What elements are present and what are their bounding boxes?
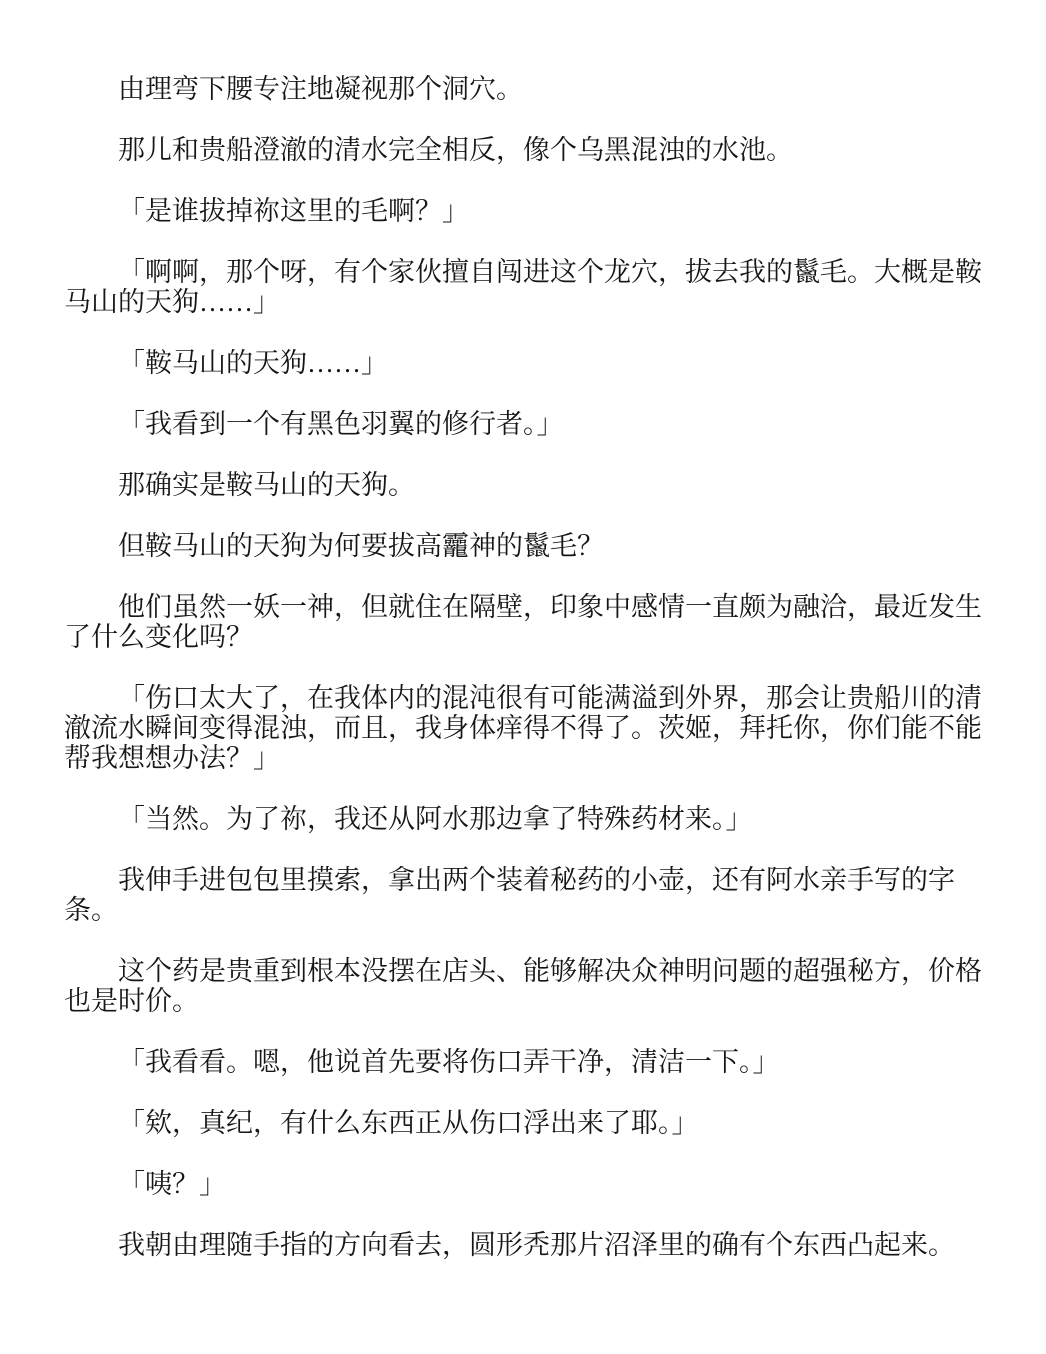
- paragraph: 我朝由理随手指的方向看去，圆形秃那片沼泽里的确有个东西凸起来。: [64, 1230, 990, 1260]
- paragraph: 那儿和贵船澄澈的清水完全相反，像个乌黑混浊的水池。: [64, 135, 990, 165]
- paragraph: 「是谁拔掉祢这里的毛啊？」: [64, 196, 990, 226]
- paragraph: 「我看看。嗯，他说首先要将伤口弄干净，清洁一下。」: [64, 1047, 990, 1077]
- page-text-block: 由理弯下腰专注地凝视那个洞穴。那儿和贵船澄澈的清水完全相反，像个乌黑混浊的水池。…: [64, 74, 990, 1291]
- paragraph: 「咦？」: [64, 1169, 990, 1199]
- paragraph: 由理弯下腰专注地凝视那个洞穴。: [64, 74, 990, 104]
- paragraph: 那确实是鞍马山的天狗。: [64, 470, 990, 500]
- paragraph: 他们虽然一妖一神，但就住在隔壁，印象中感情一直颇为融洽，最近发生了什么变化吗？: [64, 592, 990, 652]
- paragraph: 「我看到一个有黑色羽翼的修行者。」: [64, 409, 990, 439]
- paragraph: 「啊啊，那个呀，有个家伙擅自闯进这个龙穴，拔去我的鬣毛。大概是鞍马山的天狗……」: [64, 257, 990, 317]
- novel-page: 由理弯下腰专注地凝视那个洞穴。那儿和贵船澄澈的清水完全相反，像个乌黑混浊的水池。…: [0, 0, 1046, 1354]
- paragraph: 这个药是贵重到根本没摆在店头、能够解决众神明问题的超强秘方，价格也是时价。: [64, 956, 990, 1016]
- paragraph: 我伸手进包包里摸索，拿出两个装着秘药的小壶，还有阿水亲手写的字条。: [64, 865, 990, 925]
- paragraph: 但鞍马山的天狗为何要拔高龗神的鬣毛？: [64, 531, 990, 561]
- paragraph: 「鞍马山的天狗……」: [64, 348, 990, 378]
- paragraph: 「伤口太大了，在我体内的混沌很有可能满溢到外界，那会让贵船川的清澈流水瞬间变得混…: [64, 683, 990, 773]
- paragraph: 「当然。为了祢，我还从阿水那边拿了特殊药材来。」: [64, 804, 990, 834]
- paragraph: 「欸，真纪，有什么东西正从伤口浮出来了耶。」: [64, 1108, 990, 1138]
